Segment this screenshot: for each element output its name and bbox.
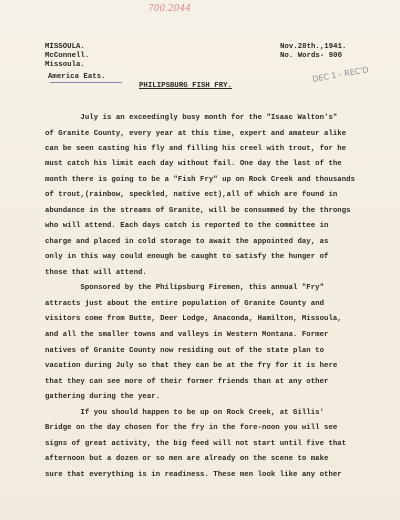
body-line: abundance in the streams of Granite, wil… <box>45 207 351 215</box>
body-line: that they can see more of their former f… <box>45 378 328 386</box>
body-line: afternoon but a dozen or so men are alre… <box>45 455 328 463</box>
document-page: 700.2044 MISSOULA. McConnell. Missoula. … <box>0 0 400 520</box>
body-line: vacation during July so that they can be… <box>45 362 337 370</box>
body-line: Bridge on the day chosen for the fry in … <box>45 424 337 432</box>
body-line: signs of great activity, the big feed wi… <box>45 440 346 448</box>
body-line: who will attend. Each days catch is repo… <box>45 222 328 230</box>
body-line: of trout,(rainbow, speckled, native ect)… <box>45 191 337 199</box>
received-stamp: DEC 1 - REC'D <box>312 65 370 84</box>
body-line: charge and placed in cold storage to awa… <box>45 238 328 246</box>
pencil-annotation: 700.2044 <box>148 4 191 14</box>
body-line: gathering during the year. <box>45 393 160 401</box>
body-line: natives of Granite County now residing o… <box>45 347 324 355</box>
body-line: those that will attend. <box>45 269 147 277</box>
body-line: month there is going to be a "Fish Fry" … <box>45 176 355 184</box>
header-city: MISSOULA. <box>45 43 85 51</box>
body-line: and all the smaller towns and valleys in… <box>45 331 328 339</box>
body-line: sure that everything is in readiness. Th… <box>45 471 342 479</box>
body-line: only in this way could enough be caught … <box>45 253 328 261</box>
header-word-count: No. Words- 900 <box>280 52 342 60</box>
header-author: McConnell. <box>45 52 89 60</box>
header-date: Nov.28th.,1941. <box>280 43 346 51</box>
body-line: can be seen casting his fly and filling … <box>45 145 346 153</box>
body-line: If you should happen to be up on Rock Cr… <box>45 409 324 417</box>
body-line: Sponsored by the Philipsburg Firemen, th… <box>45 284 324 292</box>
body-line: attracts just about the entire populatio… <box>45 300 324 308</box>
body-line: visitors come from Butte, Deer Lodge, An… <box>45 315 342 323</box>
body-line: of Granite County, every year at this ti… <box>45 130 346 138</box>
document-title: PHILIPSBURG FISH FRY. <box>139 82 232 90</box>
body-line: must catch his limit each day without fa… <box>45 160 342 168</box>
header-location: Missoula. <box>45 61 85 69</box>
series-label: America Eats. <box>48 73 106 81</box>
blue-underline <box>50 82 122 83</box>
body-line: July is an exceedingly busy month for th… <box>45 114 337 122</box>
